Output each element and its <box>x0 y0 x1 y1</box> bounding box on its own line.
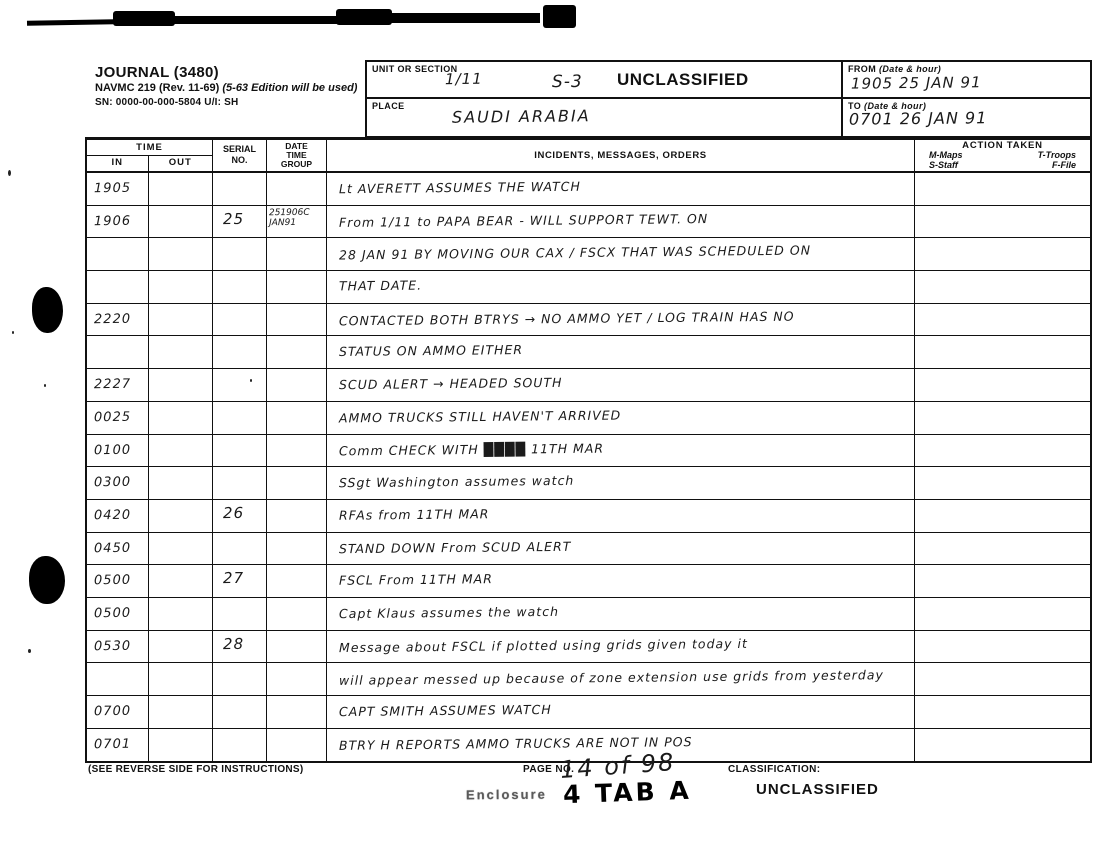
dtg-cell <box>267 336 327 368</box>
serial-handwritten: 28 <box>223 635 244 653</box>
time-out-cell <box>149 402 213 434</box>
from-field: FROM (Date & hour) 1905 25 JAN 91 <box>843 62 1090 97</box>
dtg-cell <box>267 271 327 303</box>
incident-handwritten: Capt Klaus assumes the watch <box>339 604 559 621</box>
time-out-cell <box>149 631 213 663</box>
time-out-cell <box>149 336 213 368</box>
scanned-journal-page: JOURNAL (3480) NAVMC 219 (Rev. 11-69) (5… <box>0 0 1094 850</box>
action-taken-cell <box>915 206 1090 238</box>
time-out-cell <box>149 500 213 532</box>
to-field: TO (Date & hour) 0701 26 JAN 91 <box>843 99 1090 136</box>
action-taken-cell <box>915 663 1090 695</box>
dtg-cell <box>267 304 327 336</box>
incident-handwritten: AMMO TRUCKS STILL HAVEN'T ARRIVED <box>339 407 621 425</box>
serial-cell <box>213 729 267 762</box>
action-taken-cell <box>915 271 1090 303</box>
time-out-cell <box>149 238 213 270</box>
action-taken-cell <box>915 304 1090 336</box>
serial-cell <box>213 435 267 467</box>
place-field: PLACE SAUDI ARABIA <box>367 99 843 136</box>
serial-cell <box>213 271 267 303</box>
journal-row: 1905 Lt AVERETT ASSUMES THE WATCH <box>87 173 1090 206</box>
action-taken-cell <box>915 631 1090 663</box>
form-title: JOURNAL (3480) <box>95 64 219 81</box>
dtg-cell <box>267 435 327 467</box>
time-out-cell <box>149 435 213 467</box>
form-header-box: UNIT OR SECTION 1/11 S-3 UNCLASSIFIED FR… <box>365 60 1092 138</box>
time-in-handwritten: 0300 <box>94 475 131 490</box>
time-out-cell <box>149 271 213 303</box>
time-in-cell: 0701 <box>87 729 149 762</box>
serial-cell <box>213 238 267 270</box>
incident-cell: Comm CHECK WITH ████ 11TH MAR <box>327 435 915 467</box>
serial-cell: 27 <box>213 565 267 597</box>
time-in-handwritten: 2227 <box>94 377 131 392</box>
header-classification: UNCLASSIFIED <box>617 70 749 90</box>
incident-cell: Capt Klaus assumes the watch <box>327 598 915 630</box>
serial-column-header: SERIAL NO. <box>213 140 267 171</box>
time-out-cell <box>149 696 213 728</box>
serial-handwritten: 26 <box>223 504 244 522</box>
incident-handwritten: Message about FSCL if plotted using grid… <box>339 635 748 654</box>
time-in-cell: 2220 <box>87 304 149 336</box>
time-in-cell: 0025 <box>87 402 149 434</box>
scan-speck <box>12 331 14 334</box>
dtg-cell <box>267 729 327 762</box>
incidents-column-header: INCIDENTS, MESSAGES, ORDERS <box>327 140 915 171</box>
action-taken-cell <box>915 238 1090 270</box>
dtg-cell <box>267 533 327 565</box>
place-label: PLACE <box>372 101 841 111</box>
journal-table: TIME IN OUT SERIAL NO. DATE TIME GROUP I… <box>85 137 1092 763</box>
time-in-handwritten: 0500 <box>94 606 131 621</box>
incident-handwritten: STATUS ON AMMO EITHER <box>339 342 523 359</box>
place-value-handwritten: SAUDI ARABIA <box>452 106 591 126</box>
time-in-handwritten: 0100 <box>94 442 131 457</box>
time-in-handwritten: 0420 <box>94 508 131 523</box>
dtg-cell <box>267 467 327 499</box>
action-taken-cell <box>915 598 1090 630</box>
incident-handwritten: 28 JAN 91 BY MOVING OUR CAX / FSCX THAT … <box>339 243 811 263</box>
incident-cell: THAT DATE. <box>327 271 915 303</box>
journal-row: 28 JAN 91 BY MOVING OUR CAX / FSCX THAT … <box>87 238 1090 271</box>
action-taken-cell <box>915 729 1090 762</box>
serial-cell <box>213 696 267 728</box>
incident-cell: From 1/11 to PAPA BEAR - WILL SUPPORT TE… <box>327 206 915 238</box>
time-in-handwritten: 0450 <box>94 540 131 555</box>
dtg-cell <box>267 173 327 205</box>
incident-handwritten: FSCL From 11TH MAR <box>339 571 493 588</box>
serial-handwritten: 25 <box>223 210 244 228</box>
tab-stamp: 4 TAB A <box>563 776 693 809</box>
time-out-cell <box>149 663 213 695</box>
serial-cell: 25 <box>213 206 267 238</box>
time-in-cell: 1905 <box>87 173 149 205</box>
journal-row: will appear messed up because of zone ex… <box>87 663 1090 696</box>
hole-punch-mark <box>29 556 65 604</box>
time-in-cell: 1906 <box>87 206 149 238</box>
serial-cell <box>213 369 267 401</box>
serial-cell: 28 <box>213 631 267 663</box>
action-taken-cell <box>915 565 1090 597</box>
classification-label: CLASSIFICATION: <box>728 764 820 775</box>
time-out-cell <box>149 369 213 401</box>
journal-table-header: TIME IN OUT SERIAL NO. DATE TIME GROUP I… <box>87 140 1090 173</box>
serial-cell <box>213 533 267 565</box>
scan-speck <box>28 649 31 653</box>
action-taken-cell <box>915 533 1090 565</box>
time-in-cell <box>87 663 149 695</box>
dtg-cell <box>267 500 327 532</box>
time-in-handwritten: 1906 <box>94 213 131 228</box>
time-out-cell <box>149 598 213 630</box>
action-taken-cell <box>915 402 1090 434</box>
time-in-cell <box>87 271 149 303</box>
time-out-cell <box>149 533 213 565</box>
journal-row: 0300 SSgt Washington assumes watch <box>87 467 1090 500</box>
journal-row: 0450 STAND DOWN From SCUD ALERT <box>87 533 1090 566</box>
unit-value-handwritten: 1/11 <box>445 70 483 88</box>
time-in-cell: 0450 <box>87 533 149 565</box>
serial-cell <box>213 663 267 695</box>
time-out-cell <box>149 304 213 336</box>
incident-cell: CONTACTED BOTH BTRYS → NO AMMO YET / LOG… <box>327 304 915 336</box>
incident-handwritten: From 1/11 to PAPA BEAR - WILL SUPPORT TE… <box>339 211 708 230</box>
serial-cell <box>213 173 267 205</box>
time-out-cell <box>149 206 213 238</box>
incident-handwritten: THAT DATE. <box>339 278 422 294</box>
time-in-cell: 0300 <box>87 467 149 499</box>
incident-cell: STATUS ON AMMO EITHER <box>327 336 915 368</box>
action-taken-cell <box>915 173 1090 205</box>
incident-handwritten: STAND DOWN From SCUD ALERT <box>339 538 571 555</box>
action-taken-cell <box>915 435 1090 467</box>
time-in-cell: 0500 <box>87 565 149 597</box>
unit-or-section-label: UNIT OR SECTION <box>372 64 841 74</box>
time-in-handwritten: 0701 <box>94 736 131 751</box>
dtg-cell <box>267 565 327 597</box>
unit-or-section-field: UNIT OR SECTION 1/11 S-3 UNCLASSIFIED <box>367 62 843 97</box>
action-taken-cell <box>915 336 1090 368</box>
to-value-handwritten: 0701 26 JAN 91 <box>849 108 988 128</box>
time-in-handwritten: 2220 <box>94 312 131 327</box>
time-in-cell: 0420 <box>87 500 149 532</box>
time-out-cell <box>149 467 213 499</box>
enclosure-stamp: Enclosure <box>466 787 547 803</box>
time-in-cell <box>87 336 149 368</box>
incident-handwritten: will appear messed up because of zone ex… <box>339 667 884 688</box>
incident-cell: Message about FSCL if plotted using grid… <box>327 631 915 663</box>
incident-cell: AMMO TRUCKS STILL HAVEN'T ARRIVED <box>327 402 915 434</box>
incident-handwritten: Comm CHECK WITH ████ 11TH MAR <box>339 440 604 458</box>
journal-row: 0700 CAPT SMITH ASSUMES WATCH <box>87 696 1090 729</box>
journal-row: 2220 CONTACTED BOTH BTRYS → NO AMMO YET … <box>87 304 1090 337</box>
journal-row: 0530 28 Message about FSCL if plotted us… <box>87 631 1090 664</box>
dtg-cell <box>267 631 327 663</box>
time-in-cell: 2227 <box>87 369 149 401</box>
serial-handwritten: 27 <box>223 569 244 587</box>
dtg-cell <box>267 663 327 695</box>
action-taken-cell <box>915 696 1090 728</box>
hole-punch-mark <box>32 287 63 333</box>
incident-cell: CAPT SMITH ASSUMES WATCH <box>327 696 915 728</box>
dtg-column-header: DATE TIME GROUP <box>267 140 327 171</box>
journal-row: 2227 SCUD ALERT → HEADED SOUTH <box>87 369 1090 402</box>
incident-cell: RFAs from 11TH MAR <box>327 500 915 532</box>
journal-row: 1906 25 251906C JAN91 From 1/11 to PAPA … <box>87 206 1090 239</box>
time-in-handwritten: 0500 <box>94 573 131 588</box>
form-subtitle: NAVMC 219 (Rev. 11-69) (5-63 Edition wil… <box>95 82 357 94</box>
incident-cell: 28 JAN 91 BY MOVING OUR CAX / FSCX THAT … <box>327 238 915 270</box>
serial-cell <box>213 598 267 630</box>
journal-row: 0100 Comm CHECK WITH ████ 11TH MAR <box>87 435 1090 468</box>
form-number: NAVMC 219 (Rev. 11-69) <box>95 82 222 94</box>
section-value-handwritten: S-3 <box>552 72 583 92</box>
journal-row: THAT DATE. <box>87 271 1090 304</box>
time-in-header: IN <box>87 156 149 172</box>
time-in-cell <box>87 238 149 270</box>
serial-cell: 26 <box>213 500 267 532</box>
action-file-label: F-File <box>1038 161 1076 171</box>
dtg-cell: 251906C JAN91 <box>267 206 327 238</box>
incident-cell: STAND DOWN From SCUD ALERT <box>327 533 915 565</box>
time-in-handwritten: 0025 <box>94 410 131 425</box>
journal-row: 0420 26 RFAs from 11TH MAR <box>87 500 1090 533</box>
incident-handwritten: SSgt Washington assumes watch <box>339 473 574 490</box>
time-in-handwritten: 1905 <box>94 181 131 196</box>
time-in-cell: 0500 <box>87 598 149 630</box>
time-out-header: OUT <box>149 156 212 172</box>
time-out-cell <box>149 565 213 597</box>
journal-table-body: 1905 Lt AVERETT ASSUMES THE WATCH 1906 2… <box>87 173 1090 761</box>
time-in-handwritten: 0530 <box>94 638 131 653</box>
action-taken-cell <box>915 500 1090 532</box>
form-stock-number: SN: 0000-00-000-5804 U/I: SH <box>95 97 238 108</box>
dtg-cell <box>267 402 327 434</box>
time-in-handwritten: 0700 <box>94 704 131 719</box>
journal-row: STATUS ON AMMO EITHER <box>87 336 1090 369</box>
incident-cell: SSgt Washington assumes watch <box>327 467 915 499</box>
action-taken-column-header: ACTION TAKEN M-Maps S-Staff T-Troops F-F… <box>915 140 1090 171</box>
serial-cell <box>213 467 267 499</box>
dtg-cell <box>267 598 327 630</box>
serial-cell <box>213 304 267 336</box>
reverse-side-note: (SEE REVERSE SIDE FOR INSTRUCTIONS) <box>88 764 304 775</box>
incident-handwritten: RFAs from 11TH MAR <box>339 506 490 523</box>
dtg-cell <box>267 369 327 401</box>
time-column-header: TIME IN OUT <box>87 140 213 171</box>
incident-cell: Lt AVERETT ASSUMES THE WATCH <box>327 173 915 205</box>
time-out-cell <box>149 173 213 205</box>
incident-cell: FSCL From 11TH MAR <box>327 565 915 597</box>
dtg-handwritten: 251906C JAN91 <box>269 207 310 227</box>
from-value-handwritten: 1905 25 JAN 91 <box>851 73 982 92</box>
scan-speck <box>8 170 11 176</box>
incident-handwritten: Lt AVERETT ASSUMES THE WATCH <box>339 179 581 197</box>
action-taken-cell <box>915 467 1090 499</box>
journal-row: 0025 AMMO TRUCKS STILL HAVEN'T ARRIVED <box>87 402 1090 435</box>
time-in-cell: 0700 <box>87 696 149 728</box>
scan-speck <box>44 384 46 387</box>
time-in-cell: 0100 <box>87 435 149 467</box>
dtg-cell <box>267 696 327 728</box>
incident-cell: will appear messed up because of zone ex… <box>327 663 915 695</box>
time-out-cell <box>149 729 213 762</box>
action-staff-label: S-Staff <box>929 161 963 171</box>
form-edition-note: (5-63 Edition will be used) <box>222 82 357 94</box>
dtg-cell <box>267 238 327 270</box>
serial-cell <box>213 336 267 368</box>
incident-cell: SCUD ALERT → HEADED SOUTH <box>327 369 915 401</box>
incident-handwritten: CONTACTED BOTH BTRYS → NO AMMO YET / LOG… <box>339 308 795 328</box>
action-taken-cell <box>915 369 1090 401</box>
incident-handwritten: CAPT SMITH ASSUMES WATCH <box>339 702 552 719</box>
time-in-cell: 0530 <box>87 631 149 663</box>
serial-cell <box>213 402 267 434</box>
incident-handwritten: SCUD ALERT → HEADED SOUTH <box>339 375 563 392</box>
journal-row: 0500 27 FSCL From 11TH MAR <box>87 565 1090 598</box>
classification-value: UNCLASSIFIED <box>756 781 879 798</box>
journal-row: 0500 Capt Klaus assumes the watch <box>87 598 1090 631</box>
